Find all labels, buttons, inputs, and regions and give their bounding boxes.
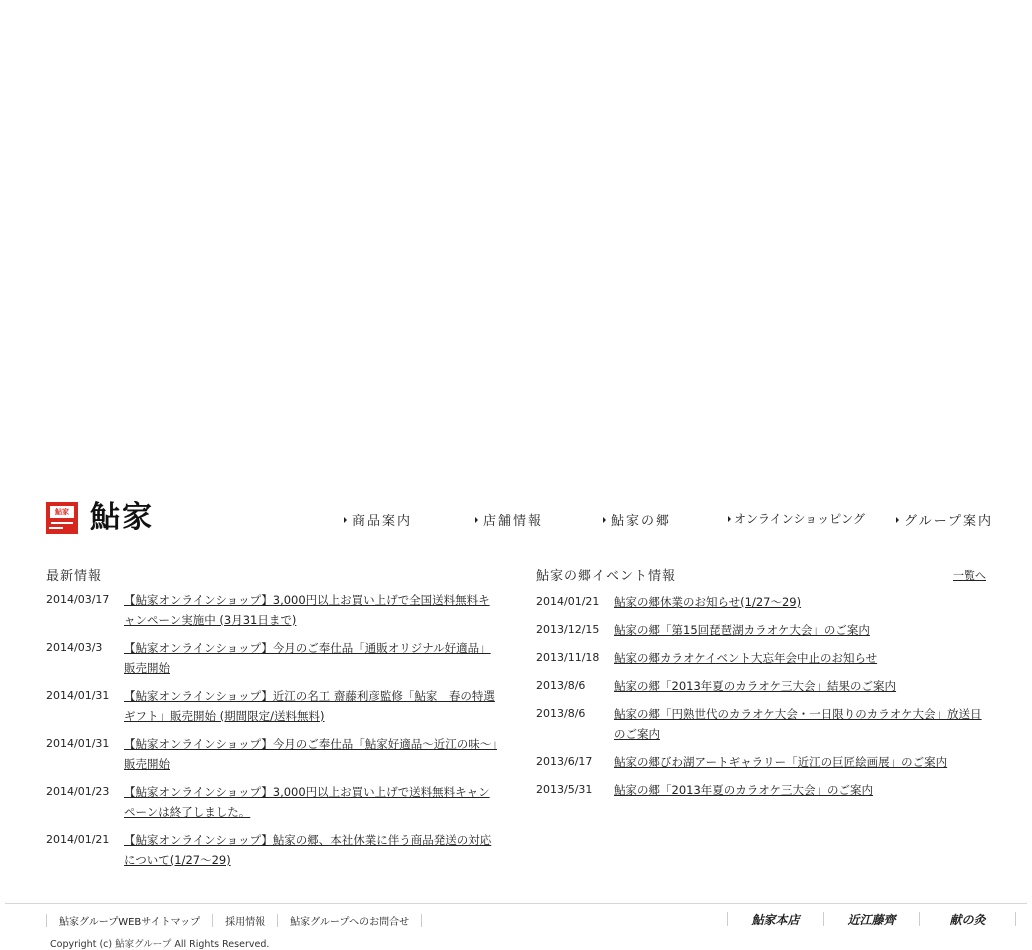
event-link[interactable]: 鮎家の郷「第15回琵琶湖カラオケ大会」のご案内 bbox=[614, 620, 990, 640]
triangle-right-icon bbox=[896, 517, 899, 523]
news-item: 2014/03/3 【鮎家オンラインショップ】今月のご奉仕品「通販オリジナル好適… bbox=[46, 638, 506, 678]
news-item: 2014/01/21 【鮎家オンラインショップ】鮎家の郷、本社休業に伴う商品発送… bbox=[46, 830, 506, 870]
event-item: 2013/12/15 鮎家の郷「第15回琵琶湖カラオケ大会」のご案内 bbox=[536, 620, 991, 640]
news-section-title: 最新情報 bbox=[46, 565, 102, 584]
events-list: 2014/01/21 鮎家の郷休業のお知らせ(1/27〜29) 2013/12/… bbox=[536, 592, 991, 808]
footer-links: 鮎家グループWEBサイトマップ 採用情報 鮎家グループへのお問合せ bbox=[46, 912, 422, 928]
event-item: 2013/8/6 鮎家の郷「円熟世代のカラオケ大会・一日限りのカラオケ大会」放送… bbox=[536, 704, 991, 744]
news-date: 2014/01/31 bbox=[46, 686, 124, 726]
news-date: 2014/03/17 bbox=[46, 590, 124, 630]
event-item: 2013/8/6 鮎家の郷「2013年夏のカラオケ三大会」結果のご案内 bbox=[536, 676, 991, 696]
event-date: 2013/8/6 bbox=[536, 704, 614, 744]
separator bbox=[1015, 912, 1016, 926]
triangle-right-icon bbox=[475, 517, 478, 523]
event-date: 2013/6/17 bbox=[536, 752, 614, 772]
event-date: 2013/11/18 bbox=[536, 648, 614, 668]
news-link[interactable]: 【鮎家オンラインショップ】3,000円以上お買い上げで全国送料無料キャンペーン実… bbox=[124, 590, 500, 630]
nav-item-group[interactable]: グループ案内 bbox=[896, 510, 993, 529]
triangle-right-icon bbox=[728, 516, 731, 522]
event-item: 2013/5/31 鮎家の郷「2013年夏のカラオケ三大会」のご案内 bbox=[536, 780, 991, 800]
triangle-right-icon bbox=[344, 517, 347, 523]
event-link[interactable]: 鮎家の郷「円熟世代のカラオケ大会・一日限りのカラオケ大会」放送日のご案内 bbox=[614, 704, 990, 744]
news-date: 2014/01/21 bbox=[46, 830, 124, 870]
hero-blank-area bbox=[0, 0, 1032, 490]
event-item: 2014/01/21 鮎家の郷休業のお知らせ(1/27〜29) bbox=[536, 592, 991, 612]
brand-links: 鮎家本店 近江藤齊 献の灸 bbox=[727, 910, 1016, 928]
news-link[interactable]: 【鮎家オンラインショップ】3,000円以上お買い上げで送料無料キャンペーンは終了… bbox=[124, 782, 500, 822]
event-date: 2013/12/15 bbox=[536, 620, 614, 640]
event-link[interactable]: 鮎家の郷びわ湖アートギャラリー「近江の巨匠絵画展」のご案内 bbox=[614, 752, 990, 772]
news-link[interactable]: 【鮎家オンラインショップ】鮎家の郷、本社休業に伴う商品発送の対応について(1/2… bbox=[124, 830, 500, 870]
event-item: 2013/6/17 鮎家の郷びわ湖アートギャラリー「近江の巨匠絵画展」のご案内 bbox=[536, 752, 991, 772]
nav-item-ayuya-no-sato[interactable]: 鮎家の郷 bbox=[603, 510, 671, 529]
news-date: 2014/03/3 bbox=[46, 638, 124, 678]
news-item: 2014/01/31 【鮎家オンラインショップ】今月のご奉仕品「鮎家好適品〜近江… bbox=[46, 734, 506, 774]
event-link[interactable]: 鮎家の郷「2013年夏のカラオケ三大会」のご案内 bbox=[614, 780, 990, 800]
news-item: 2014/01/23 【鮎家オンラインショップ】3,000円以上お買い上げで送料… bbox=[46, 782, 506, 822]
news-list: 2014/03/17 【鮎家オンラインショップ】3,000円以上お買い上げで全国… bbox=[46, 590, 506, 878]
nav-item-online-shopping[interactable]: オンラインショッピング bbox=[728, 510, 865, 527]
news-item: 2014/01/31 【鮎家オンラインショップ】近江の名工 齋藤利彦監修「鮎家 … bbox=[46, 686, 506, 726]
brand-logo-third[interactable]: 献の灸 bbox=[920, 911, 1015, 928]
news-item: 2014/03/17 【鮎家オンラインショップ】3,000円以上お買い上げで全国… bbox=[46, 590, 506, 630]
event-link[interactable]: 鮎家の郷「2013年夏のカラオケ三大会」結果のご案内 bbox=[614, 676, 990, 696]
events-view-all-link[interactable]: 一覧へ bbox=[953, 567, 986, 583]
footer-link-contact[interactable]: 鮎家グループへのお問合せ bbox=[278, 913, 421, 928]
event-link[interactable]: 鮎家の郷カラオケイベント大忘年会中止のお知らせ bbox=[614, 648, 990, 668]
event-link[interactable]: 鮎家の郷休業のお知らせ(1/27〜29) bbox=[614, 592, 990, 612]
separator bbox=[421, 914, 422, 927]
brand-logo-omi-fujisai[interactable]: 近江藤齊 bbox=[824, 911, 919, 928]
copyright: Copyright (c) 鮎家グループ All Rights Reserved… bbox=[50, 936, 269, 950]
news-link[interactable]: 【鮎家オンラインショップ】今月のご奉仕品「鮎家好適品〜近江の味〜」販売開始 bbox=[124, 734, 500, 774]
footer-link-sitemap[interactable]: 鮎家グループWEBサイトマップ bbox=[47, 913, 212, 928]
news-date: 2014/01/31 bbox=[46, 734, 124, 774]
event-date: 2013/8/6 bbox=[536, 676, 614, 696]
news-date: 2014/01/23 bbox=[46, 782, 124, 822]
footer-link-recruit[interactable]: 採用情報 bbox=[213, 913, 277, 928]
event-item: 2013/11/18 鮎家の郷カラオケイベント大忘年会中止のお知らせ bbox=[536, 648, 991, 668]
nav-item-products[interactable]: 商品案内 bbox=[344, 510, 412, 529]
news-link[interactable]: 【鮎家オンラインショップ】今月のご奉仕品「通販オリジナル好適品」販売開始 bbox=[124, 638, 500, 678]
events-section-title: 鮎家の郷イベント情報 bbox=[536, 565, 676, 584]
news-link[interactable]: 【鮎家オンラインショップ】近江の名工 齋藤利彦監修「鮎家 春の特選ギフト」販売開… bbox=[124, 686, 500, 726]
brand-logo-ayuya-honten[interactable]: 鮎家本店 bbox=[728, 911, 823, 928]
global-nav: 商品案内 店舗情報 鮎家の郷 オンラインショッピング グループ案内 bbox=[0, 510, 1032, 528]
triangle-right-icon bbox=[603, 517, 606, 523]
event-date: 2013/5/31 bbox=[536, 780, 614, 800]
event-date: 2014/01/21 bbox=[536, 592, 614, 612]
footer-divider bbox=[5, 903, 1027, 904]
nav-item-stores[interactable]: 店舗情報 bbox=[475, 510, 543, 529]
